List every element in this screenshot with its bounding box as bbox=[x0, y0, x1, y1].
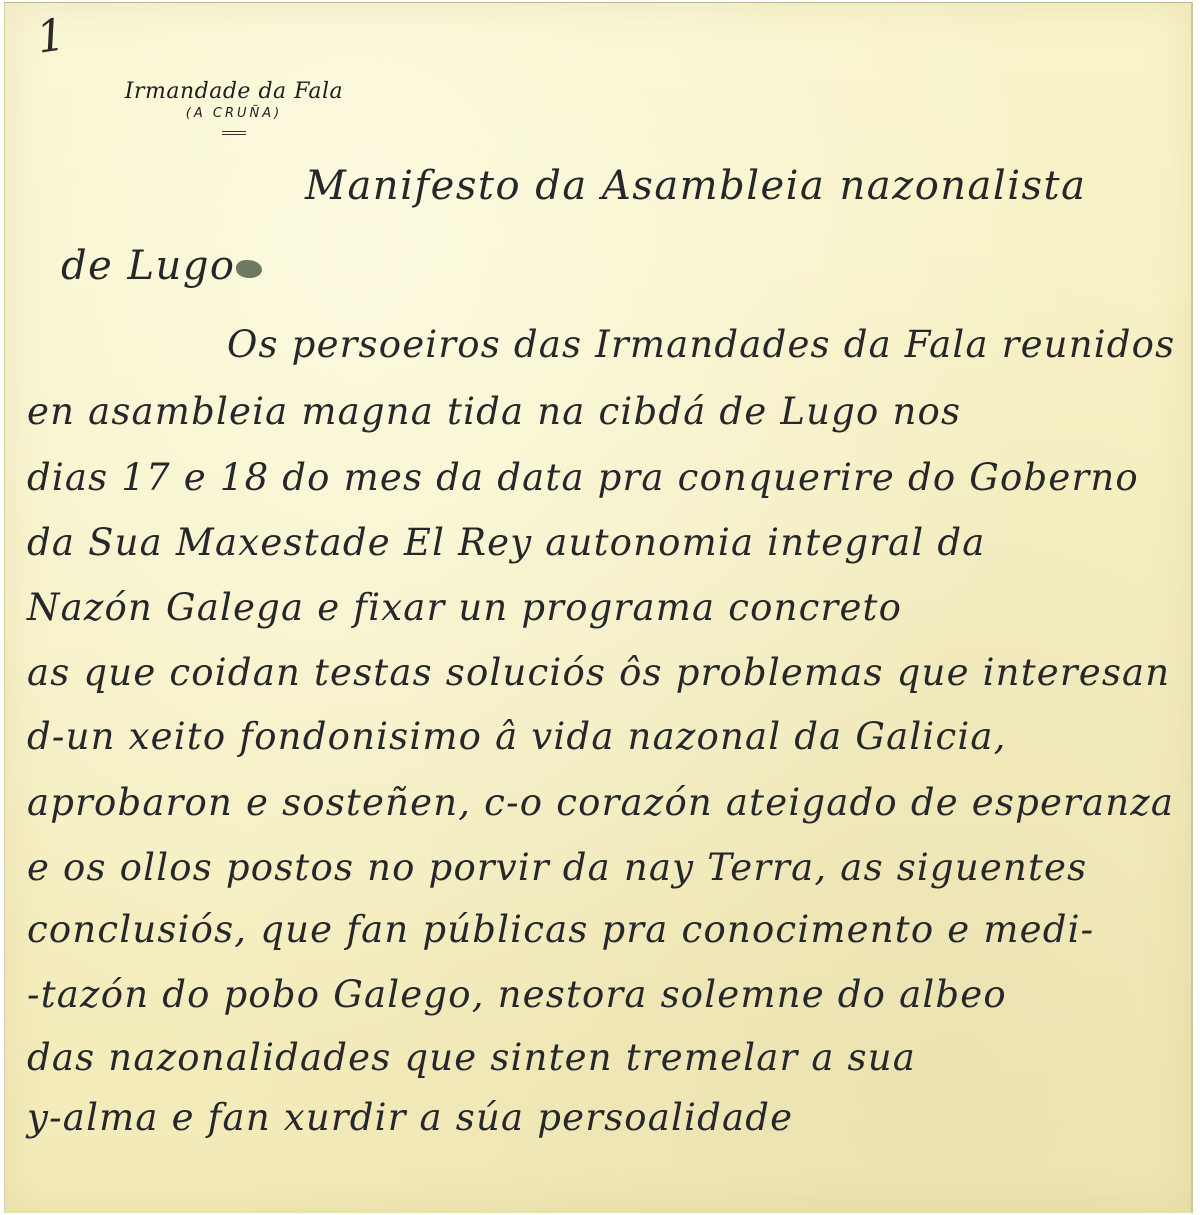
body-line-2: en asambleia magna tida na cibdá de Lugo… bbox=[27, 390, 961, 433]
body-line-3: dias 17 e 18 do mes da data pra conqueri… bbox=[27, 456, 1139, 499]
body-line-1: Os persoeiros das Irmandades da Fala reu… bbox=[227, 323, 1175, 366]
body-line-9: e os ollos postos no porvir da nay Terra… bbox=[27, 846, 1087, 889]
body-line-8: aprobaron e sosteñen, c-o corazón ateiga… bbox=[27, 781, 1174, 824]
manuscript-page: 1 Irmandade da Fala (A CRUÑA) Manifesto … bbox=[4, 2, 1193, 1213]
body-line-4: da Sua Maxestade El Rey autonomia integr… bbox=[27, 521, 986, 564]
letterhead-city: (A CRUÑA) bbox=[99, 106, 369, 121]
body-line-10: conclusiós, que fan públicas pra conocim… bbox=[27, 908, 1094, 951]
body-line-12: das nazonalidades que sinten tremelar a … bbox=[27, 1036, 916, 1079]
body-line-6: as que coidan testas soluciós ôs problem… bbox=[27, 651, 1170, 694]
letterhead-double-rule bbox=[222, 131, 246, 135]
manifesto-title-line-1: Manifesto da Asambleia nazonalista bbox=[305, 163, 1086, 209]
letterhead: Irmandade da Fala (A CRUÑA) bbox=[99, 79, 369, 135]
body-line-7: d-un xeito fondonisimo â vida nazonal da… bbox=[27, 715, 1007, 758]
body-line-5: Nazón Galega e fixar un programa concret… bbox=[27, 586, 902, 629]
body-line-13: y-alma e fan xurdir a súa persoalidade bbox=[27, 1096, 793, 1139]
letterhead-organization: Irmandade da Fala bbox=[99, 79, 369, 104]
manifesto-title-line-2: de Lugo bbox=[61, 243, 262, 289]
ink-correction-blot bbox=[236, 260, 262, 278]
body-line-11: -tazón do pobo Galego, nestora solemne d… bbox=[27, 973, 1007, 1016]
title-line-2-text: de Lugo bbox=[61, 243, 236, 289]
folio-number: 1 bbox=[34, 9, 69, 63]
